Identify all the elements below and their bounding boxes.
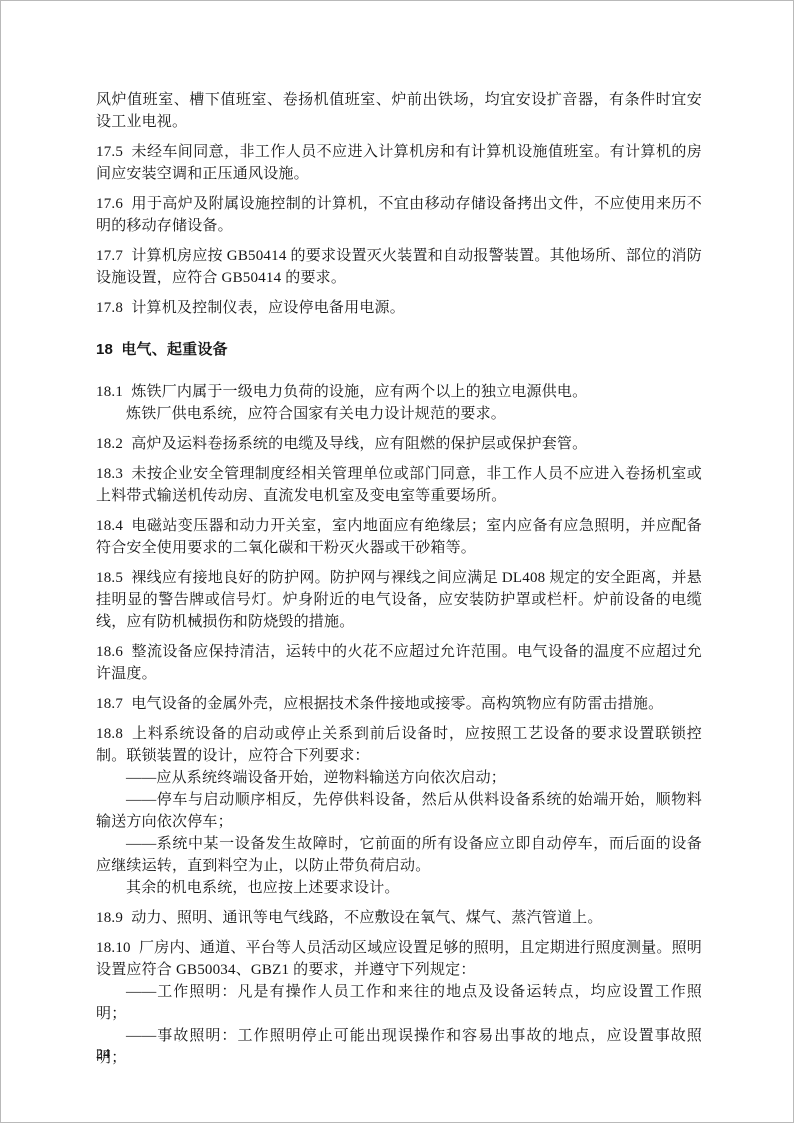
clause-number: 17.7 — [96, 248, 123, 264]
clause-number: 18.6 — [96, 644, 123, 660]
clause-number: 17.5 — [96, 144, 123, 160]
clause-text: 电气设备的金属外壳，应根据技术条件接地或接零。高构筑物应有防雷击措施。 — [131, 696, 663, 712]
clause-text: 炼铁厂内属于一级电力负荷的设施，应有两个以上的独立电源供电。 — [131, 384, 587, 400]
clause-number: 18.7 — [96, 696, 123, 712]
clause-text: 裸线应有接地良好的防护网。防护网与裸线之间应满足 DL408 规定的安全距离，并… — [96, 570, 702, 630]
clause-text: 厂房内、通道、平台等人员活动区域应设置足够的照明，且定期进行照度测量。照明设置应… — [96, 940, 702, 978]
paragraph: ——系统中某一设备发生故障时，它前面的所有设备应立即自动停车，而后面的设备应继续… — [96, 833, 702, 877]
clause-text: 未经车间同意，非工作人员不应进入计算机房和有计算机设施值班室。有计算机的房间应安… — [96, 144, 702, 182]
clause-text: ——事故照明：工作照明停止可能出现误操作和容易出事故的地点，应设置事故照明； — [96, 1028, 702, 1066]
paragraph: ——停车与启动顺序相反，先停供料设备，然后从供料设备系统的始端开始，顺物料输送方… — [96, 789, 702, 833]
clause-number: 18.9 — [96, 910, 123, 926]
clause-text: 未按企业安全管理制度经相关管理单位或部门同意，非工作人员不应进入卷扬机室或上料带… — [96, 466, 702, 504]
clause-text: 整流设备应保持清洁，运转中的火花不应超过允许范围。电气设备的温度不应超过允许温度… — [96, 644, 702, 682]
paragraph: 18.8上料系统设备的启动或停止关系到前后设备时，应按照工艺设备的要求设置联锁控… — [96, 723, 702, 767]
section-heading: 18电气、起重设备 — [96, 339, 702, 361]
clause-text: 风炉值班室、槽下值班室、卷扬机值班室、炉前出铁场，均宜安设扩音器，有条件时宜安设… — [96, 92, 702, 130]
page-number: 24 — [96, 1046, 110, 1064]
paragraph: 17.5未经车间同意，非工作人员不应进入计算机房和有计算机设施值班室。有计算机的… — [96, 141, 702, 185]
document-page: 风炉值班室、槽下值班室、卷扬机值班室、炉前出铁场，均宜安设扩音器，有条件时宜安设… — [0, 0, 794, 1123]
paragraph: 18.3未按企业安全管理制度经相关管理单位或部门同意，非工作人员不应进入卷扬机室… — [96, 463, 702, 507]
paragraph: 18.10厂房内、通道、平台等人员活动区域应设置足够的照明，且定期进行照度测量。… — [96, 937, 702, 981]
paragraph: 18.9动力、照明、通讯等电气线路，不应敷设在氧气、煤气、蒸汽管道上。 — [96, 907, 702, 929]
clause-text: 上料系统设备的启动或停止关系到前后设备时，应按照工艺设备的要求设置联锁控制。联锁… — [96, 726, 702, 764]
clause-text: 其余的机电系统，也应按上述要求设计。 — [126, 880, 400, 896]
clause-text: ——应从系统终端设备开始，逆物料输送方向依次启动； — [126, 770, 506, 786]
paragraph: 17.8计算机及控制仪表，应设停电备用电源。 — [96, 297, 702, 319]
clause-number: 18.3 — [96, 466, 123, 482]
clause-number: 18.1 — [96, 384, 123, 400]
paragraph: 18.1炼铁厂内属于一级电力负荷的设施，应有两个以上的独立电源供电。 — [96, 381, 702, 403]
clause-number: 18.4 — [96, 518, 123, 534]
clause-number: 18.8 — [96, 726, 123, 742]
clause-text: ——工作照明：凡是有操作人员工作和来往的地点及设备运转点，均应设置工作照明； — [96, 984, 702, 1022]
clause-text: 计算机房应按 GB50414 的要求设置灭火装置和自动报警装置。其他场所、部位的… — [96, 248, 702, 286]
paragraph: 18.5裸线应有接地良好的防护网。防护网与裸线之间应满足 DL408 规定的安全… — [96, 567, 702, 633]
paragraph: 其余的机电系统，也应按上述要求设计。 — [96, 877, 702, 899]
clause-text: 用于高炉及附属设施控制的计算机，不宜由移动存储设备拷出文件，不应使用来历不明的移… — [96, 196, 702, 234]
paragraph: ——工作照明：凡是有操作人员工作和来往的地点及设备运转点，均应设置工作照明； — [96, 981, 702, 1025]
clause-number: 17.6 — [96, 196, 123, 212]
paragraph: 炼铁厂供电系统，应符合国家有关电力设计规范的要求。 — [96, 403, 702, 425]
document-body: 风炉值班室、槽下值班室、卷扬机值班室、炉前出铁场，均宜安设扩音器，有条件时宜安设… — [96, 89, 702, 1069]
clause-text: 电气、起重设备 — [121, 341, 227, 358]
paragraph: 17.6用于高炉及附属设施控制的计算机，不宜由移动存储设备拷出文件，不应使用来历… — [96, 193, 702, 237]
paragraph: 18.2高炉及运料卷扬系统的电缆及导线，应有阻燃的保护层或保护套管。 — [96, 433, 702, 455]
paragraph: 18.6整流设备应保持清洁，运转中的火花不应超过允许范围。电气设备的温度不应超过… — [96, 641, 702, 685]
clause-text: 炼铁厂供电系统，应符合国家有关电力设计规范的要求。 — [126, 406, 506, 422]
clause-text: 电磁站变压器和动力开关室，室内地面应有绝缘层；室内应备有应急照明，并应配备符合安… — [96, 518, 702, 556]
clause-text: ——系统中某一设备发生故障时，它前面的所有设备应立即自动停车，而后面的设备应继续… — [96, 836, 702, 874]
clause-text: ——停车与启动顺序相反，先停供料设备，然后从供料设备系统的始端开始，顺物料输送方… — [96, 792, 702, 830]
clause-number: 18.10 — [96, 940, 131, 956]
clause-number: 18 — [96, 341, 113, 358]
paragraph: ——应从系统终端设备开始，逆物料输送方向依次启动； — [96, 767, 702, 789]
clause-text: 高炉及运料卷扬系统的电缆及导线，应有阻燃的保护层或保护套管。 — [131, 436, 587, 452]
clause-number: 17.8 — [96, 300, 123, 316]
clause-text: 计算机及控制仪表，应设停电备用电源。 — [131, 300, 405, 316]
clause-number: 18.5 — [96, 570, 123, 586]
paragraph: 18.7电气设备的金属外壳，应根据技术条件接地或接零。高构筑物应有防雷击措施。 — [96, 693, 702, 715]
paragraph: ——事故照明：工作照明停止可能出现误操作和容易出事故的地点，应设置事故照明； — [96, 1025, 702, 1069]
paragraph: 18.4电磁站变压器和动力开关室，室内地面应有绝缘层；室内应备有应急照明，并应配… — [96, 515, 702, 559]
clause-number: 18.2 — [96, 436, 123, 452]
paragraph: 风炉值班室、槽下值班室、卷扬机值班室、炉前出铁场，均宜安设扩音器，有条件时宜安设… — [96, 89, 702, 133]
clause-text: 动力、照明、通讯等电气线路，不应敷设在氧气、煤气、蒸汽管道上。 — [131, 910, 602, 926]
paragraph: 17.7计算机房应按 GB50414 的要求设置灭火装置和自动报警装置。其他场所… — [96, 245, 702, 289]
